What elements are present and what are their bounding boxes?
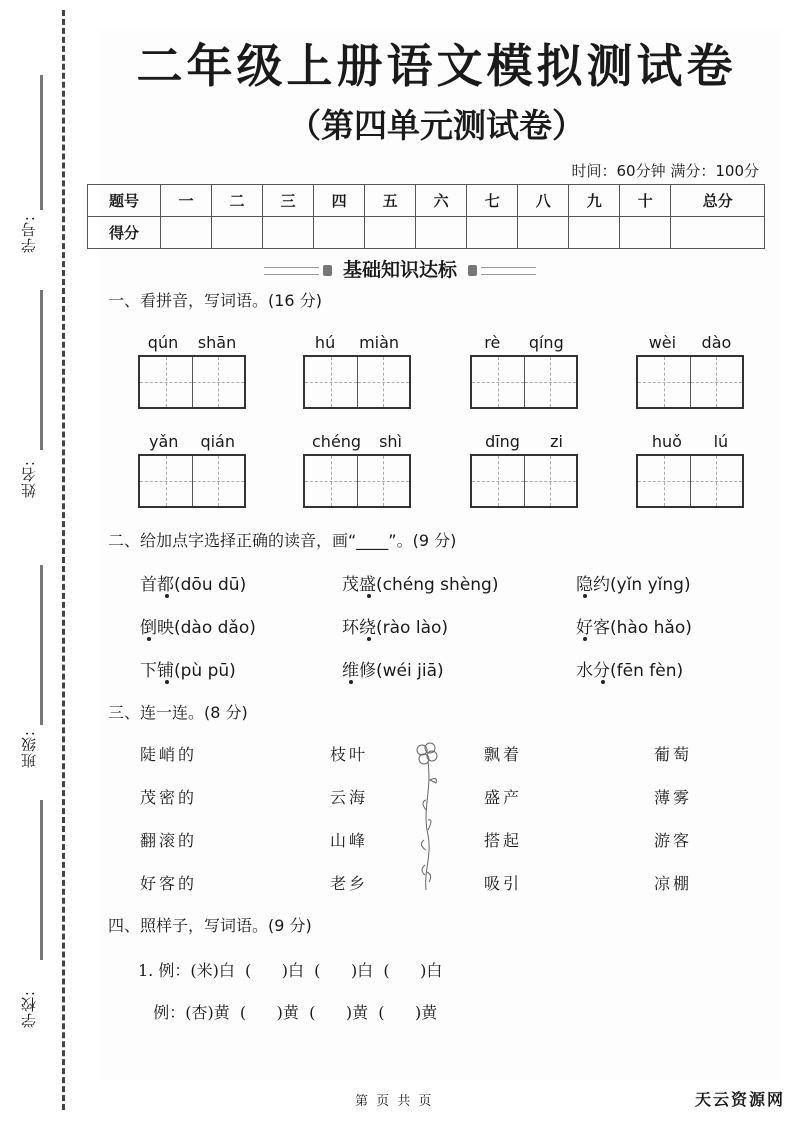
- pinyin: lú: [714, 432, 729, 454]
- pinyin-writing-box[interactable]: wèidào: [636, 333, 744, 409]
- cut-line: [62, 10, 65, 1110]
- score-input[interactable]: [467, 217, 518, 249]
- tian-grid[interactable]: [470, 454, 578, 508]
- score-input[interactable]: [416, 217, 467, 249]
- reading-choice[interactable]: 首都(dōu dū): [140, 570, 246, 595]
- cell: 六: [416, 185, 467, 217]
- emphasis-dot-icon: [601, 680, 605, 684]
- pinyin: shì: [379, 432, 402, 454]
- page-number: 第 页 共 页: [355, 1090, 433, 1109]
- match-word[interactable]: 游客: [654, 828, 692, 851]
- pinyin: qián: [200, 432, 235, 454]
- match-word[interactable]: 薄雾: [654, 785, 692, 808]
- time-score-info: 时间：60分钟 满分：100分: [572, 160, 760, 181]
- pinyin-options[interactable]: (dōu dū): [174, 575, 246, 595]
- tian-grid[interactable]: [636, 454, 744, 508]
- pinyin: rè: [484, 333, 500, 355]
- tian-grid[interactable]: [138, 454, 246, 508]
- cell: 七: [467, 185, 518, 217]
- match-word[interactable]: 茂密的: [140, 785, 197, 808]
- emphasis-dot-icon: [165, 680, 169, 684]
- pinyin: zi: [550, 432, 563, 454]
- pinyin-labels: húmiàn: [303, 333, 411, 355]
- pinyin-writing-box[interactable]: qúnshān: [138, 333, 246, 409]
- dotted-word: 水分: [576, 661, 610, 681]
- pinyin-writing-box[interactable]: dīngzi: [470, 432, 578, 508]
- page-subtitle: （第四单元测试卷）: [80, 100, 793, 147]
- emphasis-dot-icon: [147, 637, 151, 641]
- class-label: 班级:: [18, 730, 38, 768]
- pinyin: wèi: [649, 333, 676, 355]
- cell: 一: [161, 185, 212, 217]
- reading-choice[interactable]: 水分(fēn fèn): [576, 656, 683, 681]
- decor-lines: [481, 267, 536, 275]
- match-word[interactable]: 吸引: [484, 871, 522, 894]
- school-label: 学校:: [18, 990, 38, 1028]
- cell: 九: [569, 185, 620, 217]
- pinyin: dào: [702, 333, 732, 355]
- tian-grid[interactable]: [303, 454, 411, 508]
- dotted-word: 下铺: [140, 661, 174, 681]
- pinyin-options[interactable]: (yǐn yǐng): [610, 575, 691, 595]
- student-id-label: 学号:: [18, 215, 38, 253]
- score-input[interactable]: [212, 217, 263, 249]
- dotted-word: 环绕: [342, 618, 376, 638]
- q4-row-huang[interactable]: 例：(杏)黄 ( )黄 ( )黄 ( )黄: [138, 1000, 437, 1023]
- pinyin-labels: huǒlú: [636, 432, 744, 454]
- decor-square-icon: [468, 265, 477, 276]
- reading-choice[interactable]: 好客(hào hǎo): [576, 613, 692, 638]
- emphasis-dot-icon: [583, 594, 587, 598]
- pinyin-options[interactable]: (rào lào): [376, 618, 448, 638]
- match-word[interactable]: 翻滚的: [140, 828, 197, 851]
- score-input[interactable]: [263, 217, 314, 249]
- match-word[interactable]: 凉棚: [654, 871, 692, 894]
- pinyin: qún: [148, 333, 178, 355]
- cell: 总分: [671, 185, 765, 217]
- pinyin-writing-box[interactable]: huǒlú: [636, 432, 744, 508]
- pinyin: shān: [198, 333, 236, 355]
- pinyin-labels: rèqíng: [470, 333, 578, 355]
- cell: 题号: [88, 185, 161, 217]
- score-header-row: 题号 一 二 三 四 五 六 七 八 九 十 总分: [88, 185, 765, 217]
- binding-margin: 学号: 姓名: 班级: 学校:: [0, 0, 70, 1122]
- pinyin-labels: chéngshì: [303, 432, 411, 454]
- reading-choice[interactable]: 下铺(pù pū): [140, 656, 236, 681]
- banner-text: 基础知识达标: [343, 259, 457, 281]
- match-word[interactable]: 盛产: [484, 785, 522, 808]
- section-banner: 基础知识达标: [100, 255, 700, 282]
- cell: 得分: [88, 217, 161, 249]
- fill-line: [40, 800, 43, 960]
- q3-heading: 三、连一连。(8 分): [108, 700, 248, 723]
- pinyin-options[interactable]: (fēn fèn): [610, 661, 683, 681]
- match-word[interactable]: 葡萄: [654, 742, 692, 765]
- pinyin-options[interactable]: (hào hǎo): [610, 618, 692, 638]
- pinyin-writing-box[interactable]: yǎnqián: [138, 432, 246, 508]
- cell: 八: [518, 185, 569, 217]
- pinyin: chéng: [312, 432, 361, 454]
- pinyin: yǎn: [149, 432, 178, 454]
- tian-grid[interactable]: [470, 355, 578, 409]
- match-word[interactable]: 山峰: [330, 828, 368, 851]
- reading-choice[interactable]: 倒映(dào dǎo): [140, 613, 256, 638]
- cell: 四: [314, 185, 365, 217]
- pinyin-writing-box[interactable]: rèqíng: [470, 333, 578, 409]
- pinyin-labels: dīngzi: [470, 432, 578, 454]
- cell: 三: [263, 185, 314, 217]
- decor-lines: [264, 267, 319, 275]
- fill-line: [40, 290, 43, 450]
- dotted-word: 首都: [140, 575, 174, 595]
- watermark: 天云资源网: [695, 1087, 785, 1110]
- tian-grid[interactable]: [636, 355, 744, 409]
- match-word[interactable]: 陡峭的: [140, 742, 197, 765]
- score-input[interactable]: [569, 217, 620, 249]
- q4-row-bai[interactable]: 1. 例：(米)白 ( )白 ( )白 ( )白: [138, 958, 442, 981]
- match-word[interactable]: 飘着: [484, 742, 522, 765]
- pinyin-options[interactable]: (chéng shèng): [376, 575, 498, 595]
- emphasis-dot-icon: [367, 637, 371, 641]
- reading-choice[interactable]: 维修(wéi jiā): [342, 656, 444, 681]
- match-word[interactable]: 云海: [330, 785, 368, 808]
- match-word[interactable]: 搭起: [484, 828, 522, 851]
- dotted-word: 倒映: [140, 618, 174, 638]
- reading-choice[interactable]: 隐约(yǐn yǐng): [576, 570, 691, 595]
- match-word[interactable]: 好客的: [140, 871, 197, 894]
- cell: 二: [212, 185, 263, 217]
- pinyin-writing-box[interactable]: chéngshì: [303, 432, 411, 508]
- pinyin-options[interactable]: (wéi jiā): [376, 661, 444, 681]
- fill-line: [40, 75, 43, 210]
- pinyin: qíng: [529, 333, 564, 355]
- score-table: 题号 一 二 三 四 五 六 七 八 九 十 总分 得分: [87, 184, 765, 249]
- tian-grid[interactable]: [138, 355, 246, 409]
- score-value-row: 得分: [88, 217, 765, 249]
- score-input[interactable]: [620, 217, 671, 249]
- q2-heading: 二、给加点字选择正确的读音，画“____”。(9 分): [108, 528, 456, 551]
- pinyin-labels: wèidào: [636, 333, 744, 355]
- dotted-word: 茂盛: [342, 575, 376, 595]
- page-title: 二年级上册语文模拟测试卷: [80, 30, 793, 96]
- pinyin: huǒ: [652, 432, 682, 454]
- dotted-word: 维修: [342, 661, 376, 681]
- emphasis-dot-icon: [349, 680, 353, 684]
- dotted-word: 好客: [576, 618, 610, 638]
- score-input[interactable]: [518, 217, 569, 249]
- emphasis-dot-icon: [367, 594, 371, 598]
- score-input[interactable]: [314, 217, 365, 249]
- score-input[interactable]: [161, 217, 212, 249]
- decor-square-icon: [323, 265, 332, 276]
- score-input[interactable]: [365, 217, 416, 249]
- fill-line: [40, 565, 43, 725]
- flower-decoration-icon: [410, 740, 450, 895]
- pinyin-options[interactable]: (dào dǎo): [174, 618, 256, 638]
- cell: 五: [365, 185, 416, 217]
- emphasis-dot-icon: [583, 637, 587, 641]
- reading-choice[interactable]: 环绕(rào lào): [342, 613, 448, 638]
- pinyin: miàn: [359, 333, 399, 355]
- pinyin-options[interactable]: (pù pū): [174, 661, 236, 681]
- pinyin: dīng: [485, 432, 520, 454]
- q1-heading: 一、看拼音，写词语。(16 分): [108, 288, 322, 311]
- pinyin: hú: [315, 333, 335, 355]
- pinyin-labels: yǎnqián: [138, 432, 246, 454]
- reading-choice[interactable]: 茂盛(chéng shèng): [342, 570, 498, 595]
- emphasis-dot-icon: [165, 594, 169, 598]
- dotted-word: 隐约: [576, 575, 610, 595]
- pinyin-writing-box[interactable]: húmiàn: [303, 333, 411, 409]
- match-word[interactable]: 老乡: [330, 871, 368, 894]
- tian-grid[interactable]: [303, 355, 411, 409]
- q4-heading: 四、照样子，写词语。(9 分): [108, 913, 312, 936]
- score-input[interactable]: [671, 217, 765, 249]
- pinyin-labels: qúnshān: [138, 333, 246, 355]
- match-word[interactable]: 枝叶: [330, 742, 368, 765]
- name-label: 姓名:: [18, 460, 38, 498]
- cell: 十: [620, 185, 671, 217]
